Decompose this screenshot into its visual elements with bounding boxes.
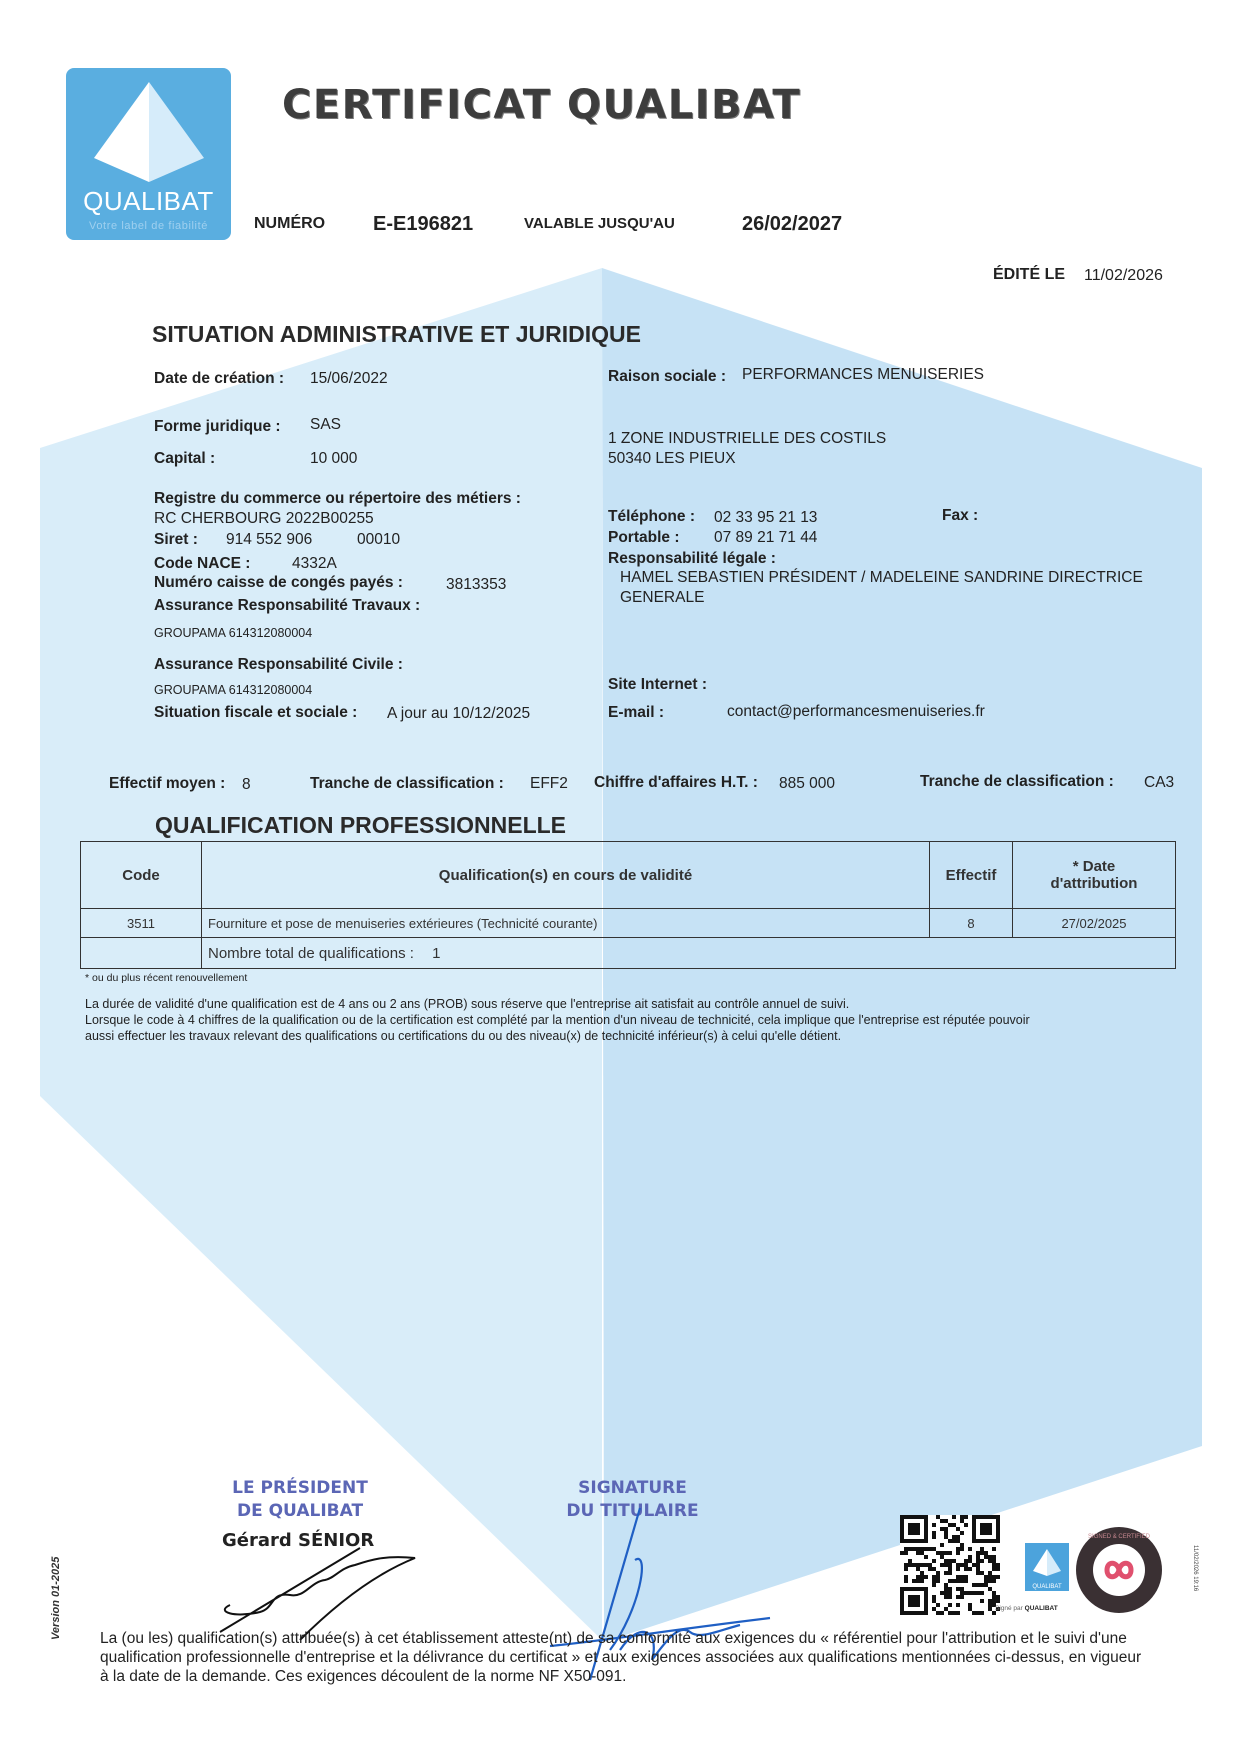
capital-value: 10 000 bbox=[310, 450, 357, 468]
valable-value: 26/02/2027 bbox=[742, 213, 842, 236]
effectif-moyen-value: 8 bbox=[242, 776, 251, 794]
asterisk-note: * ou du plus récent renouvellement bbox=[85, 970, 247, 986]
edite-label: ÉDITÉ LE bbox=[993, 266, 1065, 284]
siret-suffix: 00010 bbox=[357, 531, 400, 549]
president-title: LE PRÉSIDENT DE QUALIBAT bbox=[200, 1477, 400, 1523]
pyramid-icon bbox=[1025, 1543, 1069, 1579]
col-qualification: Qualification(s) en cours de validité bbox=[202, 842, 930, 909]
tranche-eff-value: EFF2 bbox=[530, 775, 568, 793]
mini-logo-name: QUALIBAT bbox=[1025, 1584, 1069, 1590]
certified-seal: SIGNED & CERTIFIED bbox=[1074, 1525, 1164, 1615]
col-effectif: Effectif bbox=[930, 842, 1013, 909]
table-row: 3511 Fourniture et pose de menuiseries e… bbox=[81, 909, 1176, 938]
president-title-line1: LE PRÉSIDENT bbox=[200, 1477, 400, 1500]
email-link[interactable]: contact@performancesmenuiseries.fr bbox=[727, 703, 985, 720]
signed-by: Signé par QUALIBAT bbox=[995, 1605, 1058, 1612]
caisse-conges-label: Numéro caisse de congés payés : bbox=[154, 574, 403, 592]
caisse-conges-value: 3813353 bbox=[446, 576, 506, 594]
raison-sociale-value: PERFORMANCES MENUISERIES bbox=[742, 366, 984, 384]
stamp-date: 11/02/2026 19:16 bbox=[1192, 1545, 1198, 1591]
qualibat-logo: QUALIBAT Votre label de fiabilité bbox=[66, 68, 231, 240]
assurance-travaux-value: GROUPAMA 614312080004 bbox=[154, 626, 312, 640]
assurance-civile-label: Assurance Responsabilité Civile : bbox=[154, 656, 403, 674]
responsabilite-line1: HAMEL SEBASTIEN PRÉSIDENT / MADELEINE SA… bbox=[620, 569, 1143, 587]
row-code: 3511 bbox=[81, 909, 202, 938]
titulaire-title-line1: SIGNATURE bbox=[540, 1477, 725, 1500]
footer-line1: La (ou les) qualification(s) attribuée(s… bbox=[100, 1629, 1127, 1648]
situation-fiscale-value: A jour au 10/12/2025 bbox=[387, 705, 530, 723]
president-signature bbox=[210, 1540, 430, 1640]
validity-note-2: Lorsque le code à 4 chiffres de la quali… bbox=[85, 1012, 1030, 1028]
registre-label: Registre du commerce ou répertoire des m… bbox=[154, 490, 521, 508]
signed-by-prefix: Signé par bbox=[995, 1605, 1023, 1612]
qualification-section-title: QUALIFICATION PROFESSIONNELLE bbox=[155, 812, 566, 839]
col-date: * Date d'attribution bbox=[1013, 842, 1176, 909]
site-internet-label: Site Internet : bbox=[608, 676, 707, 694]
row-qualification: Fourniture et pose de menuiseries extéri… bbox=[202, 909, 930, 938]
email-value[interactable]: contact@performancesmenuiseries.fr bbox=[727, 703, 985, 721]
qualification-table: Code Qualification(s) en cours de validi… bbox=[80, 841, 1176, 969]
row-effectif: 8 bbox=[930, 909, 1013, 938]
chiffre-affaires-label: Chiffre d'affaires H.T. : bbox=[594, 774, 758, 792]
footer-line2: qualification professionnelle d'entrepri… bbox=[100, 1648, 1141, 1667]
portable-label: Portable : bbox=[608, 529, 679, 547]
raison-sociale-label: Raison sociale : bbox=[608, 368, 726, 386]
assurance-civile-value: GROUPAMA 614312080004 bbox=[154, 683, 312, 697]
seal-text: SIGNED & CERTIFIED bbox=[1088, 1534, 1151, 1540]
valable-label: VALABLE JUSQU'AU bbox=[524, 215, 675, 232]
tranche-eff-label: Tranche de classification : bbox=[310, 775, 504, 793]
total-empty-cell bbox=[81, 938, 202, 969]
numero-label: NUMÉRO bbox=[254, 215, 325, 233]
version-label: Version 01-2025 bbox=[50, 1557, 62, 1640]
fax-label: Fax : bbox=[942, 507, 978, 525]
logo-name: QUALIBAT bbox=[66, 186, 231, 217]
president-title-line2: DE QUALIBAT bbox=[200, 1500, 400, 1523]
footer-line3: à la date de la demande. Ces exigences d… bbox=[100, 1667, 626, 1686]
row-date: 27/02/2025 bbox=[1013, 909, 1176, 938]
validity-note-1: La durée de validité d'une qualification… bbox=[85, 996, 849, 1012]
portable-value: 07 89 21 71 44 bbox=[714, 529, 817, 547]
code-nace-value: 4332A bbox=[292, 555, 337, 573]
telephone-label: Téléphone : bbox=[608, 508, 695, 526]
address-line2: 50340 LES PIEUX bbox=[608, 450, 736, 468]
assurance-travaux-label: Assurance Responsabilité Travaux : bbox=[154, 597, 420, 615]
pyramid-icon bbox=[84, 80, 214, 185]
registre-value: RC CHERBOURG 2022B00255 bbox=[154, 510, 374, 528]
email-label: E-mail : bbox=[608, 704, 664, 722]
table-header-row: Code Qualification(s) en cours de validi… bbox=[81, 842, 1176, 909]
telephone-value: 02 33 95 21 13 bbox=[714, 509, 817, 527]
forme-juridique-label: Forme juridique : bbox=[154, 418, 281, 436]
date-creation-value: 15/06/2022 bbox=[310, 370, 388, 388]
numero-value: E-E196821 bbox=[373, 213, 473, 236]
total-value: 1 bbox=[432, 945, 440, 962]
edite-value: 11/02/2026 bbox=[1084, 267, 1163, 285]
qr-code[interactable] bbox=[900, 1515, 1000, 1615]
admin-section-title: SITUATION ADMINISTRATIVE ET JURIDIQUE bbox=[152, 321, 641, 348]
effectif-moyen-label: Effectif moyen : bbox=[109, 775, 225, 793]
date-creation-label: Date de création : bbox=[154, 370, 284, 388]
qualibat-mini-logo: QUALIBAT bbox=[1025, 1543, 1069, 1591]
responsabilite-line2: GENERALE bbox=[620, 589, 704, 607]
forme-juridique-value: SAS bbox=[310, 416, 341, 434]
signed-by-name: QUALIBAT bbox=[1025, 1605, 1058, 1612]
table-total-row: Nombre total de qualifications : 1 bbox=[81, 938, 1176, 969]
col-code: Code bbox=[81, 842, 202, 909]
capital-label: Capital : bbox=[154, 450, 215, 468]
address-line1: 1 ZONE INDUSTRIELLE DES COSTILS bbox=[608, 430, 886, 448]
total-cell: Nombre total de qualifications : 1 bbox=[202, 938, 1176, 969]
siret-value: 914 552 906 bbox=[226, 531, 312, 549]
situation-fiscale-label: Situation fiscale et sociale : bbox=[154, 704, 357, 722]
page-title: CERTIFICAT QUALIBAT bbox=[282, 82, 801, 128]
chiffre-affaires-value: 885 000 bbox=[779, 775, 835, 793]
responsabilite-label: Responsabilité légale : bbox=[608, 550, 776, 568]
logo-tagline: Votre label de fiabilité bbox=[66, 220, 231, 232]
tranche-ca-value: CA3 bbox=[1144, 774, 1174, 792]
siret-label: Siret : bbox=[154, 531, 198, 549]
col-date-label: * Date d'attribution bbox=[1039, 858, 1149, 892]
total-label: Nombre total de qualifications : bbox=[208, 945, 414, 962]
validity-note-3: aussi effectuer les travaux relevant des… bbox=[85, 1028, 841, 1044]
tranche-ca-label: Tranche de classification : bbox=[920, 773, 1114, 791]
code-nace-label: Code NACE : bbox=[154, 555, 250, 573]
